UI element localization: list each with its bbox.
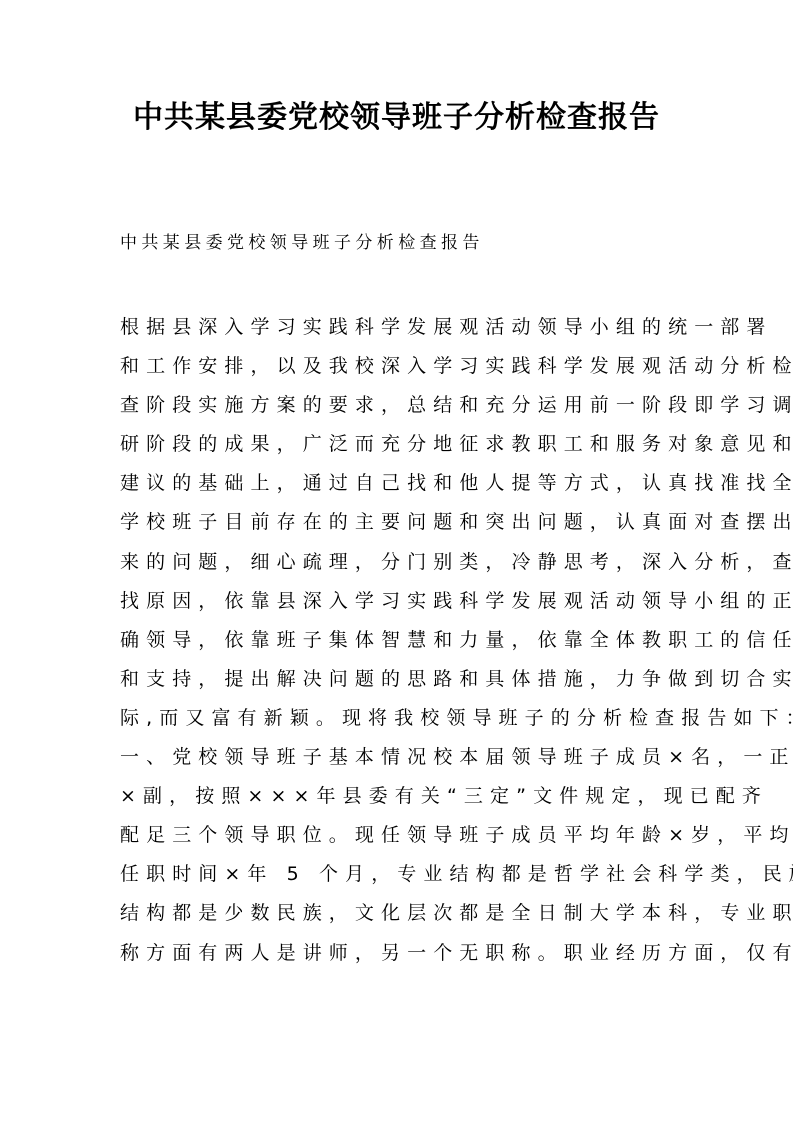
body-line: 任职时间×年 5 个月，专业结构都是哲学社会科学类，民族 (120, 861, 680, 900)
body-line: 研阶段的成果，广泛而充分地征求教职工和服务对象意见和 (120, 431, 680, 470)
body-line: 确领导，依靠班子集体智慧和力量，依靠全体教职工的信任 (120, 627, 680, 666)
body-line: 找原因，依靠县深入学习实践科学发展观活动领导小组的正 (120, 588, 680, 627)
body-line: 结构都是少数民族，文化层次都是全日制大学本科，专业职 (120, 900, 680, 939)
body-line: 建议的基础上，通过自己找和他人提等方式，认真找准找全 (120, 470, 680, 509)
document-page: 中共某县委党校领导班子分析检查报告 中共某县委党校领导班子分析检查报告 根据县深… (0, 0, 793, 1122)
body-line: 称方面有两人是讲师，另一个无职称。职业经历方面，仅有 (120, 940, 680, 979)
document-subtitle: 中共某县委党校领导班子分析检查报告 (120, 230, 484, 256)
body-line: ×副，按照×××年县委有关“三定”文件规定，现已配齐 (120, 783, 680, 822)
document-body: 根据县深入学习实践科学发展观活动领导小组的统一部署 和工作安排，以及我校深入学习… (120, 314, 680, 979)
body-line: 来的问题，细心疏理，分门别类，冷静思考，深入分析，查 (120, 549, 680, 588)
body-line: 际,而又富有新颖。现将我校领导班子的分析检查报告如下： (120, 705, 680, 744)
document-title: 中共某县委党校领导班子分析检查报告 (0, 98, 793, 138)
body-line: 配足三个领导职位。现任领导班子成员平均年龄×岁，平均 (120, 822, 680, 861)
section-heading-line: 一、党校领导班子基本情况校本届领导班子成员×名，一正 (120, 744, 680, 783)
body-line: 和支持，提出解决问题的思路和具体措施，力争做到切合实 (120, 666, 680, 705)
body-line: 查阶段实施方案的要求，总结和充分运用前一阶段即学习调 (120, 392, 680, 431)
body-line: 学校班子目前存在的主要问题和突出问题，认真面对查摆出 (120, 509, 680, 548)
body-line: 根据县深入学习实践科学发展观活动领导小组的统一部署 (120, 314, 680, 353)
body-line: 和工作安排，以及我校深入学习实践科学发展观活动分析检 (120, 353, 680, 392)
